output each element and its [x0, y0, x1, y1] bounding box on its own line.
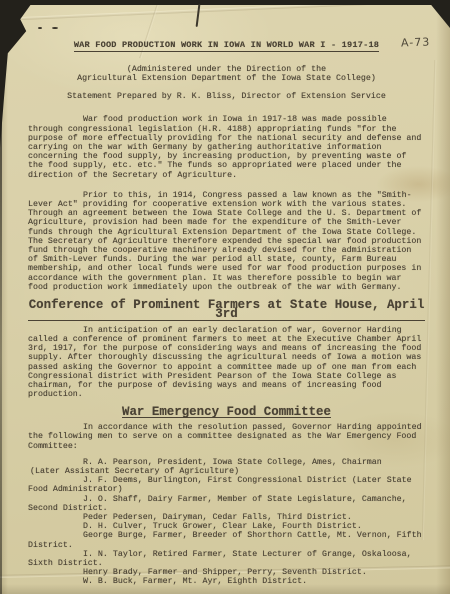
committee-member-note: (Later Assistant Secretary of Agricultur… [28, 467, 425, 476]
document-title: WAR FOOD PRODUCTION WORK IN IOWA IN WORL… [74, 41, 379, 52]
document-content: WAR FOOD PRODUCTION WORK IN IOWA IN WORL… [28, 0, 425, 587]
statement-line: Statement Prepared by R. K. Bliss, Direc… [28, 92, 425, 101]
paragraph-conference: In anticipation of an early declaration … [28, 326, 425, 400]
heading-committee: War Emergency Food Committee [122, 408, 331, 419]
committee-member: I. N. Taylor, Retired Farmer, State Lect… [28, 550, 425, 568]
committee-member: Peder Pedersen, Dairyman, Cedar Falls, T… [28, 513, 425, 522]
committee-member: W. B. Buck, Farmer, Mt. Ayr, Eighth Dist… [28, 577, 425, 586]
paragraph-committee: In accordance with the resolution passed… [28, 423, 425, 451]
committee-member-list: R. A. Pearson, President, Iowa State Col… [28, 458, 425, 587]
administered-line-2: Agricultural Extension Department of the… [28, 74, 425, 83]
heading-conference: Conference of Prominent Farmers at State… [28, 301, 425, 321]
committee-member: J. F. Deems, Burlington, First Congressi… [28, 476, 425, 494]
scan-edge-left [0, 0, 2, 594]
administered-line-1: (Administered under the Direction of the [28, 65, 425, 74]
administered-block: (Administered under the Direction of the… [28, 65, 425, 83]
committee-member: J. O. Shaff, Dairy Farmer, Member of Sta… [28, 495, 425, 513]
committee-member: R. A. Pearson, President, Iowa State Col… [28, 458, 425, 467]
committee-member: George Burge, Farmer, Breeder of Shortho… [28, 531, 425, 549]
scanned-document-page: A-73 WAR FOOD PRODUCTION WORK IN IOWA IN… [0, 0, 450, 594]
paragraph-intro-1: War food production work in Iowa in 1917… [28, 115, 425, 179]
paragraph-intro-2: Prior to this, in 1914, Congress passed … [28, 191, 425, 292]
